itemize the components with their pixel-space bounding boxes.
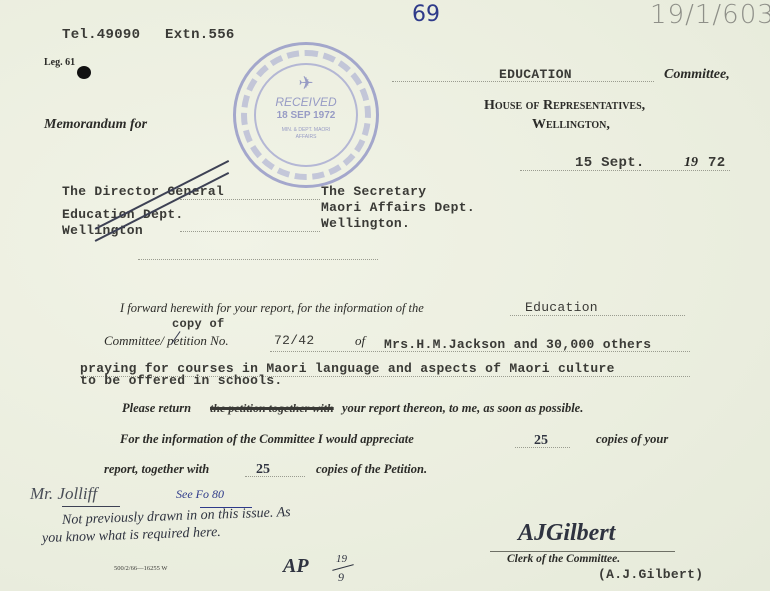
stamp-subline-2: AFFAIRS [236,134,376,140]
typed-name: (A.J.Gilbert) [598,567,703,582]
annotation-initials: AP [283,555,309,578]
recipient-line-2 [180,231,320,232]
annotation-addressee: Mr. Jolliff [30,484,97,504]
airplane-icon: ✈ [236,73,376,94]
return-suffix: your report thereon, to me, as soon as p… [342,401,583,416]
memorandum-label: Memorandum for [44,117,147,133]
handwritten-file-reference: 19/1/603 [650,0,770,30]
recipient-right-line1: The Secretary [321,184,426,199]
ink-blot [77,66,91,79]
recipient-right-line2: Maori Affairs Dept. [321,200,475,215]
date-year-suffix: 72 [708,155,725,171]
extension-number: Extn.556 [165,27,235,43]
wellington-heading: Wellington, [532,117,610,133]
stamp-label: RECEIVED [236,95,376,109]
report-copies-count: 25 [534,433,548,449]
print-code: 500/2/66—16255 W [114,565,168,572]
info-text: For the information of the Committee I w… [120,432,414,447]
copies-of-petition: copies of the Petition. [316,462,427,477]
committee-petition-label: Committee/ petition No. [104,333,229,349]
committee-name: EDUCATION [499,67,572,82]
recipient-line-1 [180,199,320,200]
petition-number: 72/42 [274,333,315,348]
report-together: report, together with [104,462,209,477]
received-stamp: ✈ RECEIVED 18 SEP 1972 MIN. & DEPT. MAOR… [233,42,379,188]
petitioner: Mrs.H.M.Jackson and 30,000 others [384,337,651,352]
return-struck-text: the petition together with [210,401,334,416]
petitioner-line [270,351,690,352]
petition-copies-count: 25 [256,462,270,478]
forward-committee-line [510,315,685,316]
annotation-see-reference: See Fo 80 [176,487,224,502]
return-prefix: Please return [122,401,191,416]
initials-date-bottom: 9 [338,570,344,585]
addressee-underline [62,506,120,507]
handwritten-folio-number: 69 [412,2,440,27]
forward-text: I forward herewith for your report, for … [120,301,424,316]
petition-copies-line [245,476,305,477]
insert-copy-of: copy of [172,319,225,330]
recipient-right-line3: Wellington. [321,216,410,231]
stamp-date: 18 SEP 1972 [236,110,376,121]
copies-of-your: copies of your [596,432,668,447]
telephone-number: Tel.49090 [62,27,140,43]
house-of-representatives: House of Representatives, [484,98,645,114]
of-label: of [355,333,365,349]
clerk-title: Clerk of the Committee. [507,553,620,565]
date-year-prefix: 19 [684,155,698,171]
form-reference: Leg. 61 [44,57,75,68]
recipient-line-3 [138,259,378,260]
annotation-note-line-1: Not previously drawn in on this issue. A… [62,505,291,529]
petition-line-3: to be offered in schools. [80,373,283,388]
committee-suffix: Committee, [664,67,730,83]
initials-date-top: 19 [336,553,347,565]
signature: AJGilbert [518,520,615,547]
stamp-subline-1: MIN. & DEPT. MAORI [236,127,376,133]
date-day-month: 15 Sept. [575,155,645,171]
signature-line [490,551,675,552]
forward-committee: Education [525,300,598,315]
